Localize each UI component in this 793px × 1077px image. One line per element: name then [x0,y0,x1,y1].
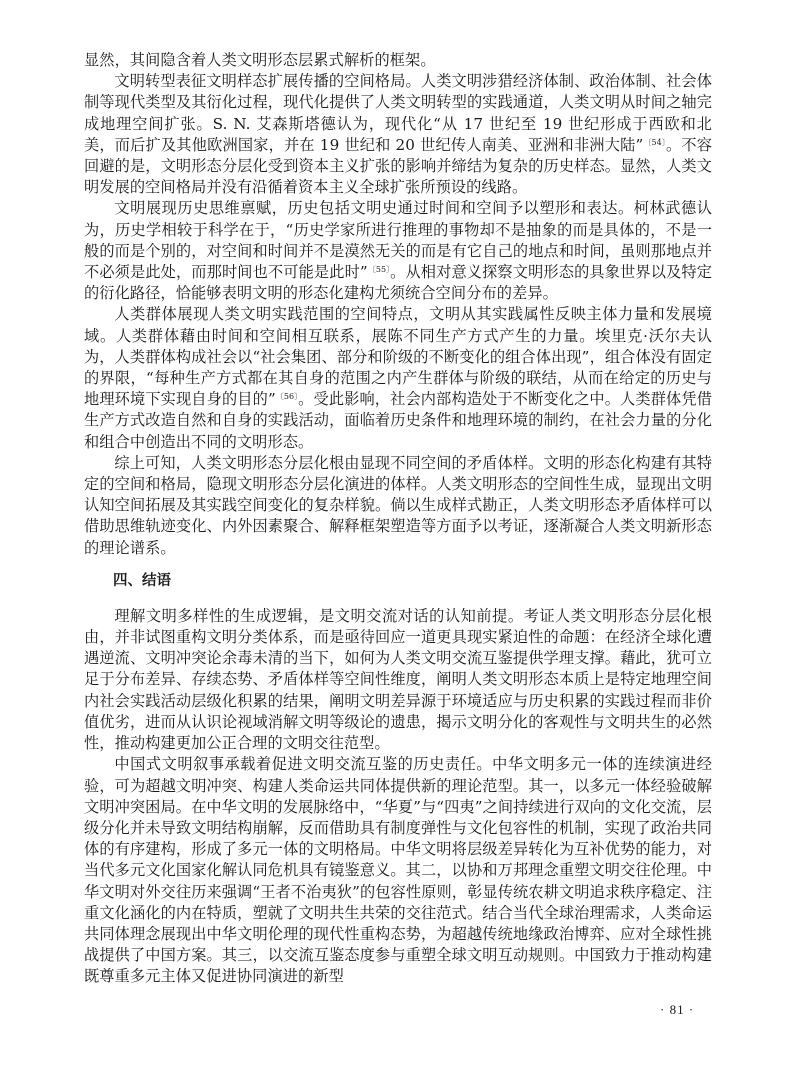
body-text-after-heading: 理解文明多样性的生成逻辑，是文明交流对话的认知前提。考证人类文明形态分层化根由，… [84,606,712,988]
document-page: 显然，其间隐含着人类文明形态层累式解析的框架。文明转型表征文明样态扩展传播的空间… [84,50,712,988]
paragraph-text: 文明转型表征文明样态扩展传播的空间格局。人类文明涉猎经济体制、政治体制、社会体制… [84,72,712,154]
body-text-before-heading: 显然，其间隐含着人类文明形态层累式解析的框架。文明转型表征文明样态扩展传播的空间… [84,50,712,559]
paragraph-p1: 文明转型表征文明样态扩展传播的空间格局。人类文明涉猎经济体制、政治体制、社会体制… [84,71,712,198]
paragraph-text: 中国式文明叙事承载着促进文明交流互鉴的历史责任。中华文明多元一体的连续演进经验，… [84,755,712,985]
page-number: · 81 · [660,1002,694,1018]
section-heading-conclusion: 四、结语 [84,571,712,592]
paragraph-text: 显然，其间隐含着人类文明形态层累式解析的框架。 [84,51,436,69]
paragraph-text: 理解文明多样性的生成逻辑，是文明交流对话的认知前提。考证人类文明形态分层化根由，… [84,607,712,752]
paragraph-p6: 中国式文明叙事承载着促进文明交流互鉴的历史责任。中华文明多元一体的连续演进经验，… [84,754,712,987]
paragraph-p3: 人类群体展现人类文明实践范围的空间特点，文明从其实践属性反映主体力量和发展境域。… [84,304,712,452]
paragraph-p0: 显然，其间隐含着人类文明形态层累式解析的框架。 [84,50,712,71]
paragraph-p5: 理解文明多样性的生成逻辑，是文明交流对话的认知前提。考证人类文明形态分层化根由，… [84,606,712,754]
paragraph-p2: 文明展现历史思维禀赋，历史包括文明史通过时间和空间予以塑形和表达。柯林武德认为，… [84,198,712,304]
citation-marker: 〔55〕 [368,265,390,274]
paragraph-p4: 综上可知，人类文明形态分层化根由显现不同空间的矛盾体样。文明的形态化构建有其特定… [84,453,712,559]
citation-marker: 〔54〕 [643,138,666,147]
citation-marker: 〔56〕 [276,392,298,401]
paragraph-text: 综上可知，人类文明形态分层化根由显现不同空间的矛盾体样。文明的形态化构建有其特定… [84,454,712,557]
